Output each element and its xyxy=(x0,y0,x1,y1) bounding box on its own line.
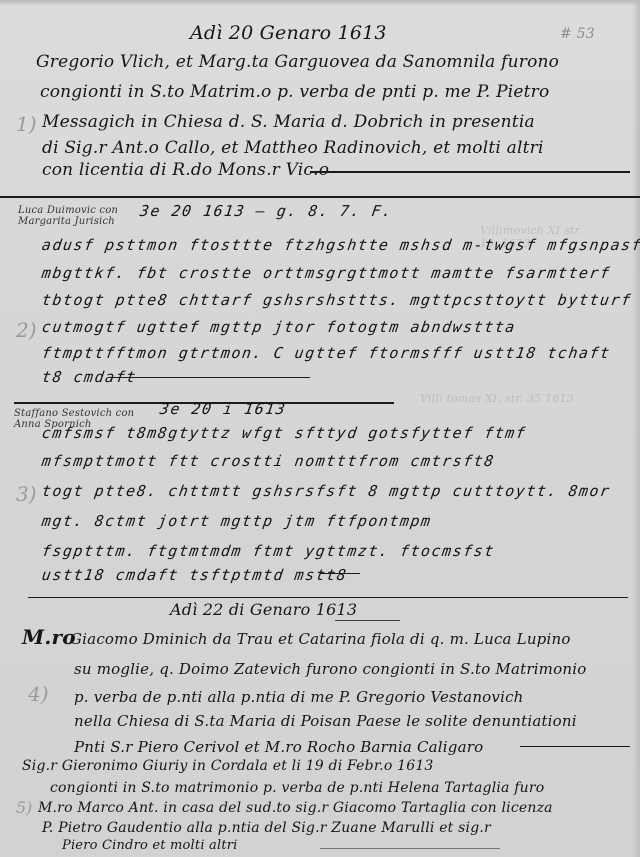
entry-3-line-6: ustt18 cmdaft tsftptmtd mstt8 xyxy=(41,566,349,584)
folio-mark: # 53 xyxy=(560,26,595,42)
entry-1-line-1: Gregorio Vlich, et Marg.ta Garguovea da … xyxy=(36,52,559,72)
entry-3-line-2: mfsmpttmott ftt crostti nomtttfrom cmtrs… xyxy=(41,452,496,470)
entry-2-line-1: adusf psttmon ftosttte ftzhgshtte mshsd … xyxy=(41,236,640,254)
entry-5-number: 5) xyxy=(16,798,32,817)
entry-1-line-5: con licentia di R.do Mons.r Vic.o xyxy=(42,160,329,180)
entry-5-line-1: Sig.r Gieronimo Giuriy in Cordala et li … xyxy=(22,758,434,774)
page-edge-top xyxy=(0,0,640,6)
entry-3-faint-note: Villi tomas XI, str. 35 1613 xyxy=(420,392,574,405)
entry-4-line-1: Giacomo Dminich da Trau et Catarina fiol… xyxy=(70,630,571,648)
entry-4-number: 4) xyxy=(28,682,49,706)
entry-4-date-underline xyxy=(335,620,400,621)
entry-4-margin-note: M.ro xyxy=(22,625,76,649)
entry-2-line-5: ftmpttfftmon gtrtmon. C ugttef ftormsfff… xyxy=(41,344,612,362)
entry-1-date-heading: Adì 20 Genaro 1613 xyxy=(190,22,387,44)
entry-1-line-3: Messagich in Chiesa d. S. Maria d. Dobri… xyxy=(42,112,535,132)
entry-1-line-2: congionti in S.to Matrim.o p. verba de p… xyxy=(40,82,549,102)
entry-2-date-heading: 3e 20 1613 — g. 8. 7. F. xyxy=(139,202,394,220)
entry-3-line-1: cmfsmsf t8m8gtyttz wfgt sfttyd gotsfytte… xyxy=(41,424,528,442)
entry-3-line-4: mgt. 8ctmt jotrt mgttp jtm ftfpontmpm xyxy=(41,512,433,530)
manuscript-page: # 53 Adì 20 Genaro 1613 Gregorio Vlich, … xyxy=(0,0,640,857)
entry-4-end-rule xyxy=(520,746,630,747)
entry-2-end-rule xyxy=(110,377,310,378)
entry-4-line-3: p. verba de p.nti alla p.ntia di me P. G… xyxy=(74,688,524,706)
entry-3-end-rule xyxy=(320,573,360,574)
page-edge-right xyxy=(632,0,640,857)
entry-1-number: 1) xyxy=(16,112,37,136)
entry-4-line-4: nella Chiesa di S.ta Maria di Poisan Pae… xyxy=(74,712,577,730)
entry-3-line-3: togt ptte8. chttmtt gshsrsfsft 8 mgttp c… xyxy=(41,482,612,500)
entry-5-line-3: M.ro Marco Ant. in casa del sud.to sig.r… xyxy=(38,800,553,816)
entry-5-line-4: P. Pietro Gaudentio alla p.ntia del Sig.… xyxy=(42,820,491,836)
entry-2-line-4: cutmogtf ugttef mgttp jtor fotogtm abndw… xyxy=(41,318,517,336)
entry-3-number: 3) xyxy=(16,482,37,506)
entry-2-line-3: tbtogt ptte8 chttarf gshsrshsttts. mgttp… xyxy=(41,291,633,309)
entry-3-date-heading: 3e 20 i 1613 xyxy=(159,400,288,418)
entry-5-line-2: congionti in S.to matrimonio p. verba de… xyxy=(50,780,544,796)
entry-1-end-rule xyxy=(310,171,630,173)
entry-3-line-5: fsgptttm. ftgtmtmdm ftmt ygttmzt. ftocms… xyxy=(41,542,496,560)
entry-2-number: 2) xyxy=(16,318,37,342)
entry-1-line-4: di Sig.r Ant.o Callo, et Mattheo Radinov… xyxy=(42,138,544,158)
entry-4-line-2: su moglie, q. Doimo Zatevich furono cong… xyxy=(74,660,586,678)
divider-3 xyxy=(28,597,628,598)
entry-4-date-heading: Adì 22 di Genaro 1613 xyxy=(170,600,357,619)
entry-4-line-5: Pnti S.r Piero Cerivol et M.ro Rocho Bar… xyxy=(74,738,483,756)
entry-5-line-5: Piero Cindro et molti altri xyxy=(62,838,238,853)
entry-5-end-rule xyxy=(320,848,500,849)
divider-1 xyxy=(0,196,640,198)
entry-2-margin-note: Luca Duimovic con Margarita Jurisich xyxy=(18,205,158,227)
entry-2-line-2: mbgttkf. fbt crostte orttmsgrgttmott mam… xyxy=(41,264,612,282)
